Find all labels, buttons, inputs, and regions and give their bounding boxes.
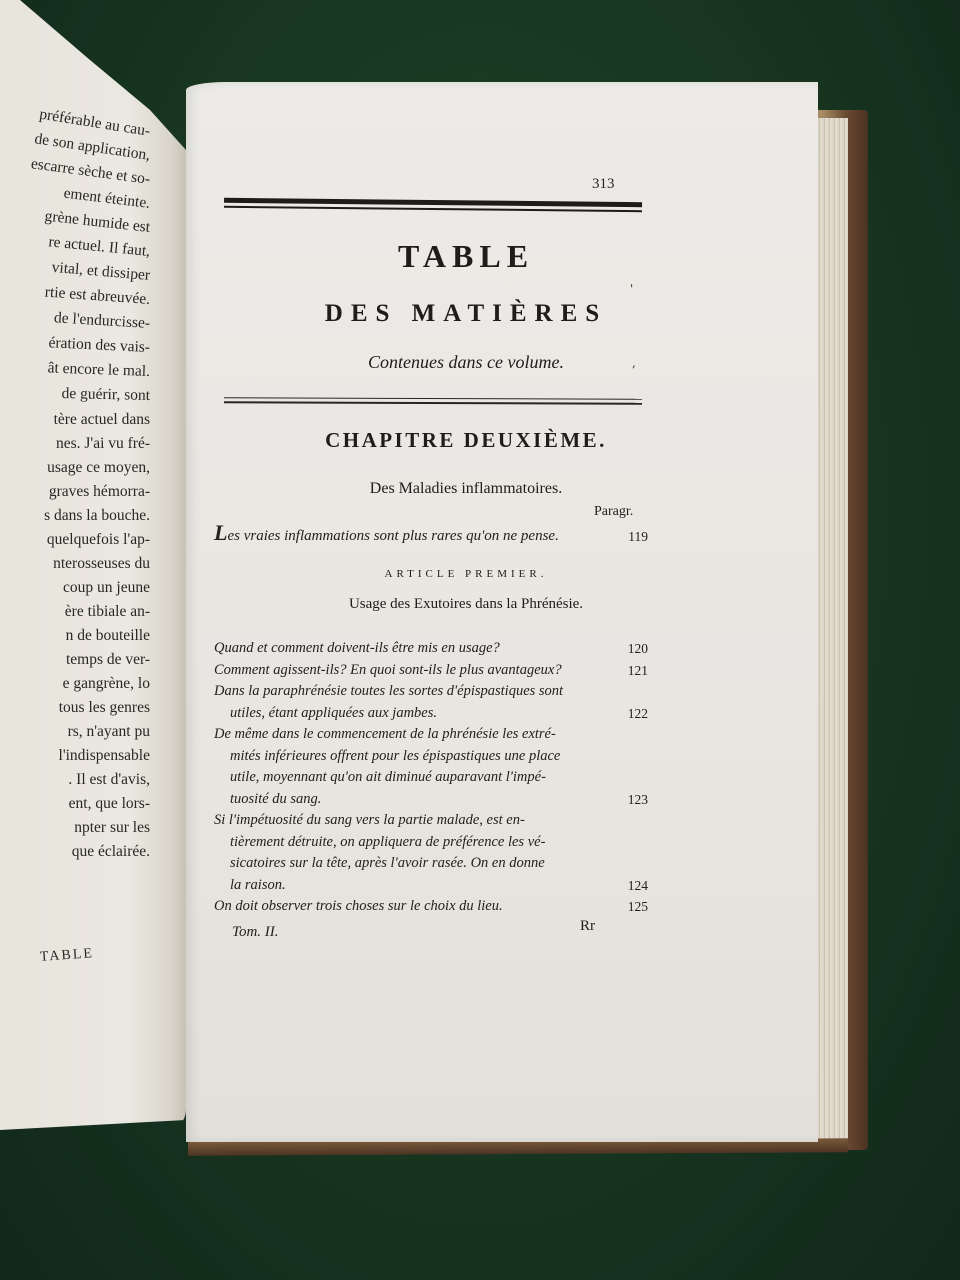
ink-mark: ': [630, 282, 633, 296]
page-subtitle-italic: Contenues dans ce volume.: [150, 352, 782, 373]
toc-entry-line: la raison.: [214, 875, 642, 897]
article-title: Usage des Exutoires dans la Phrénésie.: [150, 596, 782, 613]
left-page-line: n de bouteille: [0, 624, 150, 648]
left-page-line: ère tibiale an-: [0, 600, 150, 624]
left-page-line: l'indispensable: [0, 744, 150, 768]
toc-entries: Quand et comment doivent-ils être mis en…: [214, 638, 642, 918]
left-page-line: s dans la bouche.: [0, 504, 150, 528]
left-page-line: coup un jeune: [0, 576, 150, 600]
chapter-heading: CHAPITRE DEUXIÈME.: [150, 428, 782, 453]
toc-entry-line: Quand et comment doivent-ils être mis en…: [214, 638, 642, 660]
toc-entry-line: Dans la paraphrénésie toutes les sortes …: [214, 681, 642, 703]
left-page-text: préférable au cau-de son application,esc…: [0, 120, 150, 864]
volume-footer: Tom. II.: [232, 924, 279, 941]
ink-mark: ,: [632, 356, 636, 370]
page-subtitle: DES MATIÈRES: [150, 300, 782, 328]
intro-entry-text: es vraies inflammations sont plus rares …: [227, 528, 558, 544]
entry-number: 119: [628, 526, 648, 548]
toc-entry: Dans la paraphrénésie toutes les sortes …: [214, 681, 642, 724]
article-heading: Article premier.: [150, 568, 782, 580]
toc-entry-line: utiles, étant appliquées aux jambes.: [214, 703, 642, 725]
entry-number: 120: [628, 638, 648, 660]
drop-cap: L: [214, 520, 227, 545]
section-rule: [224, 397, 642, 408]
toc-entry: De même dans le commencement de la phrén…: [214, 724, 642, 810]
toc-entry-line: utile, moyennant qu'on ait diminué aupar…: [214, 767, 642, 789]
left-page-line: ent, que lors-: [0, 792, 150, 816]
entry-number: 124: [628, 875, 648, 897]
entry-number: 123: [628, 789, 648, 811]
toc-entry-line: On doit observer trois choses sur le cho…: [214, 896, 642, 918]
intro-entry: Les vraies inflammations sont plus rares…: [214, 522, 642, 548]
toc-entry-line: Comment agissent-ils? En quoi sont-ils l…: [214, 660, 642, 682]
toc-entry-line: tuosité du sang.: [214, 789, 642, 811]
left-page-line: nterosseuses du: [0, 552, 150, 576]
left-page-catchword: TABLE: [40, 946, 95, 966]
toc-entry: Si l'impétuosité du sang vers la partie …: [214, 810, 642, 896]
left-page-line: quelquefois l'ap-: [0, 528, 150, 552]
signature-mark: Rr: [580, 918, 595, 935]
left-page-line: graves hémorra-: [0, 480, 150, 504]
left-page-line: e gangrène, lo: [0, 672, 150, 696]
toc-entry-line: De même dans le commencement de la phrén…: [214, 724, 642, 746]
toc-entry: Quand et comment doivent-ils être mis en…: [214, 638, 642, 660]
entry-number: 121: [628, 660, 648, 682]
page-title: TABLE: [150, 238, 782, 275]
left-page-line: de guérir, sont: [0, 381, 150, 408]
left-page: préférable au cau-de son application,esc…: [0, 0, 186, 1130]
left-page-line: . Il est d'avis,: [0, 768, 150, 792]
left-page-line: rs, n'ayant pu: [0, 720, 150, 744]
toc-entry-line: tièrement détruite, on appliquera de pré…: [214, 832, 642, 854]
page-number: 313: [592, 176, 615, 193]
left-page-line: nes. J'ai vu fré-: [0, 432, 150, 456]
left-page-line: npter sur les: [0, 816, 150, 840]
entry-number: 122: [628, 703, 648, 725]
left-page-line: usage ce moyen,: [0, 456, 150, 480]
chapter-title: Des Maladies inflammatoires.: [150, 480, 782, 498]
toc-entry-line: mités inférieures offrent pour les épisp…: [214, 746, 642, 768]
toc-entry: Comment agissent-ils? En quoi sont-ils l…: [214, 660, 642, 682]
toc-entry: On doit observer trois choses sur le cho…: [214, 896, 642, 918]
left-page-line: que éclairée.: [0, 840, 150, 864]
left-page-line: tous les genres: [0, 696, 150, 720]
entry-number: 125: [628, 896, 648, 918]
left-page-line: ât encore le mal.: [0, 355, 150, 384]
left-page-line: temps de ver-: [0, 648, 150, 672]
paragraph-column-label: Paragr.: [594, 504, 633, 520]
toc-entry-line: Si l'impétuosité du sang vers la partie …: [214, 810, 642, 832]
left-page-line: tère actuel dans: [0, 408, 150, 432]
toc-entry-line: sicatoires sur la tête, après l'avoir ra…: [214, 853, 642, 875]
